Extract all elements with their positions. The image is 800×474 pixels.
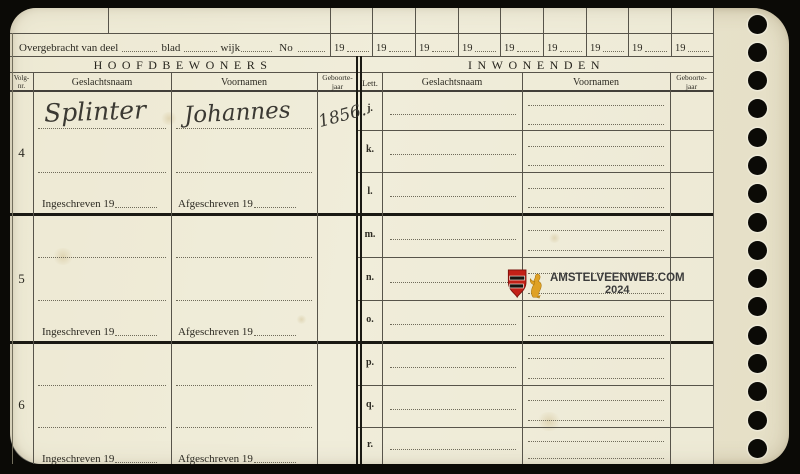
year-label: 19 bbox=[675, 43, 686, 54]
dotted-line bbox=[432, 42, 455, 52]
col-header-birthyear-line2: jaar bbox=[317, 83, 358, 92]
letter-label: o. bbox=[358, 314, 382, 325]
write-line bbox=[390, 409, 516, 410]
dotted-line bbox=[688, 42, 710, 52]
write-line bbox=[528, 188, 664, 189]
write-line bbox=[38, 427, 166, 428]
write-line bbox=[528, 250, 664, 251]
year-label: 19 bbox=[419, 43, 430, 54]
write-line bbox=[38, 128, 166, 129]
col-header-firstnames-right: Voornamen bbox=[522, 77, 670, 88]
grid-line bbox=[358, 385, 713, 386]
year-cell: 19 bbox=[504, 39, 539, 54]
punch-hole bbox=[748, 354, 767, 373]
grid-line bbox=[586, 8, 587, 56]
write-line bbox=[528, 378, 664, 379]
letter-label: m. bbox=[358, 229, 382, 240]
afgeschreven-row: Afgeschreven 19 bbox=[178, 323, 300, 338]
handwritten-firstnames: Johannes bbox=[183, 97, 291, 129]
write-line bbox=[38, 300, 166, 301]
punch-hole bbox=[748, 439, 767, 458]
letter-label: p. bbox=[358, 357, 382, 368]
grid-line bbox=[458, 8, 459, 56]
col-header-birthyear-left: Geboorte- jaar bbox=[317, 74, 358, 91]
dotted-line bbox=[560, 42, 583, 52]
write-line bbox=[528, 105, 664, 106]
dotted-line bbox=[389, 42, 412, 52]
grid-line bbox=[108, 8, 109, 33]
grid-line bbox=[500, 8, 501, 56]
letter-label: n. bbox=[358, 272, 382, 283]
afgeschreven-label: Afgeschreven 19 bbox=[178, 453, 253, 465]
grid-line bbox=[543, 8, 544, 56]
write-line bbox=[38, 257, 166, 258]
paper-stain bbox=[548, 233, 561, 243]
dotted-line bbox=[347, 42, 370, 52]
dotted-line bbox=[254, 453, 296, 463]
letter-label: j. bbox=[358, 103, 382, 114]
write-line bbox=[390, 324, 516, 325]
row-number: 4 bbox=[10, 145, 33, 161]
amstelveen-coat-of-arms-icon bbox=[506, 269, 546, 299]
year-cell: 19 bbox=[590, 39, 624, 54]
paper-stain bbox=[160, 112, 178, 125]
punch-hole bbox=[748, 213, 767, 232]
col-header-firstnames-left: Voornamen bbox=[171, 77, 317, 88]
row-number: 5 bbox=[10, 271, 33, 287]
afgeschreven-row: Afgeschreven 19 bbox=[178, 450, 300, 465]
grid-line bbox=[10, 33, 713, 34]
dotted-line bbox=[241, 42, 272, 52]
grid-line bbox=[358, 300, 713, 301]
afgeschreven-row: Afgeschreven 19 bbox=[178, 195, 300, 210]
write-line bbox=[528, 146, 664, 147]
punch-hole bbox=[748, 297, 767, 316]
punch-hole bbox=[748, 382, 767, 401]
afgeschreven-label: Afgeschreven 19 bbox=[178, 198, 253, 210]
year-cell: 19 bbox=[376, 39, 411, 54]
grid-line bbox=[415, 8, 416, 56]
wijk-label: wijk bbox=[221, 42, 241, 54]
write-line bbox=[528, 358, 664, 359]
write-line bbox=[390, 196, 516, 197]
write-line bbox=[176, 427, 312, 428]
write-line bbox=[390, 367, 516, 368]
write-line bbox=[528, 207, 664, 208]
punch-hole bbox=[748, 128, 767, 147]
write-line bbox=[176, 300, 312, 301]
ingeschreven-label: Ingeschreven 19 bbox=[42, 326, 114, 338]
dotted-line bbox=[475, 42, 497, 52]
dotted-line bbox=[645, 42, 668, 52]
dotted-line bbox=[298, 42, 325, 52]
year-label: 19 bbox=[547, 43, 558, 54]
year-cell: 19 bbox=[632, 39, 667, 54]
write-line bbox=[390, 154, 516, 155]
dotted-line bbox=[115, 326, 157, 336]
ingeschreven-row: Ingeschreven 19 bbox=[42, 323, 162, 338]
write-line bbox=[528, 441, 664, 442]
year-cell: 19 bbox=[334, 39, 369, 54]
dotted-line bbox=[122, 42, 157, 52]
col-header-birthyear-line2: jaar bbox=[670, 83, 713, 92]
year-label: 19 bbox=[376, 43, 387, 54]
watermark: AMSTELVEENWEB.COM 2024 bbox=[506, 269, 685, 299]
grid-line bbox=[317, 72, 318, 464]
write-line bbox=[176, 385, 312, 386]
col-header-birthyear-right: Geboorte- jaar bbox=[670, 74, 713, 91]
write-line bbox=[38, 385, 166, 386]
punch-hole bbox=[748, 71, 767, 90]
punch-hole bbox=[748, 326, 767, 345]
col-header-volgnr-line1: Volg- bbox=[10, 74, 33, 82]
hoofdbewoners-title: HOOFDBEWONERS bbox=[10, 58, 356, 73]
letter-label: q. bbox=[358, 399, 382, 410]
grid-line bbox=[382, 72, 383, 464]
write-line bbox=[528, 230, 664, 231]
punch-hole bbox=[748, 43, 767, 62]
write-line bbox=[528, 458, 664, 459]
letter-label: l. bbox=[358, 186, 382, 197]
grid-line bbox=[628, 8, 629, 56]
write-line bbox=[390, 449, 516, 450]
col-header-volgnr: Volg- nr. bbox=[10, 74, 33, 90]
blad-label: blad bbox=[161, 42, 180, 54]
ingeschreven-row: Ingeschreven 19 bbox=[42, 195, 162, 210]
paper-stain bbox=[536, 412, 562, 431]
table-right-edge-line bbox=[713, 8, 714, 464]
year-cell: 19 bbox=[462, 39, 496, 54]
no-label: No bbox=[279, 42, 292, 54]
punch-hole bbox=[748, 411, 767, 430]
write-line bbox=[528, 165, 664, 166]
row-number: 6 bbox=[10, 397, 33, 413]
col-header-surname-left: Geslachtsnaam bbox=[33, 77, 171, 88]
handwritten-surname: Splinter bbox=[44, 95, 147, 128]
year-label: 19 bbox=[334, 43, 345, 54]
grid-line bbox=[372, 8, 373, 56]
write-line bbox=[528, 124, 664, 125]
grid-line bbox=[358, 427, 713, 428]
write-line bbox=[38, 172, 166, 173]
col-header-letter: Lett. bbox=[358, 78, 382, 88]
write-line bbox=[176, 172, 312, 173]
dotted-line bbox=[115, 198, 157, 208]
year-label: 19 bbox=[632, 43, 643, 54]
inwonenden-title: INWONENDEN bbox=[360, 58, 713, 73]
write-line bbox=[528, 420, 664, 421]
write-line bbox=[390, 114, 516, 115]
grid-line bbox=[358, 257, 713, 258]
col-header-surname-right: Geslachtsnaam bbox=[382, 77, 522, 88]
grid-line bbox=[522, 72, 523, 464]
grid-line bbox=[670, 72, 671, 464]
year-cell: 19 bbox=[419, 39, 454, 54]
register-card-scan: Overgebracht van deel blad wijk No 19 19… bbox=[0, 0, 800, 474]
watermark-site: AMSTELVEENWEB.COM bbox=[550, 272, 685, 285]
write-line bbox=[176, 257, 312, 258]
transfer-label: Overgebracht van deel bbox=[19, 42, 118, 54]
punch-hole bbox=[748, 15, 767, 34]
dotted-line bbox=[184, 42, 216, 52]
punch-hole bbox=[748, 99, 767, 118]
ingeschreven-label: Ingeschreven 19 bbox=[42, 453, 114, 465]
dotted-line bbox=[254, 326, 296, 336]
punch-hole bbox=[748, 156, 767, 175]
letter-label: k. bbox=[358, 144, 382, 155]
watermark-year: 2024 bbox=[550, 284, 685, 296]
col-header-volgnr-line2: nr. bbox=[10, 82, 33, 90]
dotted-line bbox=[517, 42, 540, 52]
ingeschreven-label: Ingeschreven 19 bbox=[42, 198, 114, 210]
year-cell: 19 bbox=[675, 39, 709, 54]
year-label: 19 bbox=[462, 43, 473, 54]
ingeschreven-row: Ingeschreven 19 bbox=[42, 450, 162, 465]
year-label: 19 bbox=[504, 43, 515, 54]
write-line bbox=[390, 239, 516, 240]
dotted-line bbox=[254, 198, 296, 208]
write-line bbox=[390, 282, 516, 283]
grid-line bbox=[358, 172, 713, 173]
grid-line bbox=[671, 8, 672, 56]
dotted-line bbox=[603, 42, 625, 52]
year-cell: 19 bbox=[547, 39, 582, 54]
dotted-line bbox=[115, 453, 157, 463]
grid-line bbox=[171, 72, 172, 464]
grid-line bbox=[330, 8, 331, 56]
grid-line bbox=[358, 130, 713, 131]
punch-hole bbox=[748, 241, 767, 260]
write-line bbox=[528, 316, 664, 317]
transfer-row: Overgebracht van deel blad wijk No bbox=[19, 37, 325, 54]
punch-hole bbox=[748, 184, 767, 203]
year-label: 19 bbox=[590, 43, 601, 54]
letter-label: r. bbox=[358, 439, 382, 450]
afgeschreven-label: Afgeschreven 19 bbox=[178, 326, 253, 338]
write-line bbox=[528, 400, 664, 401]
watermark-text: AMSTELVEENWEB.COM 2024 bbox=[550, 272, 685, 297]
punch-hole bbox=[748, 269, 767, 288]
write-line bbox=[528, 335, 664, 336]
grid-line bbox=[33, 72, 34, 464]
